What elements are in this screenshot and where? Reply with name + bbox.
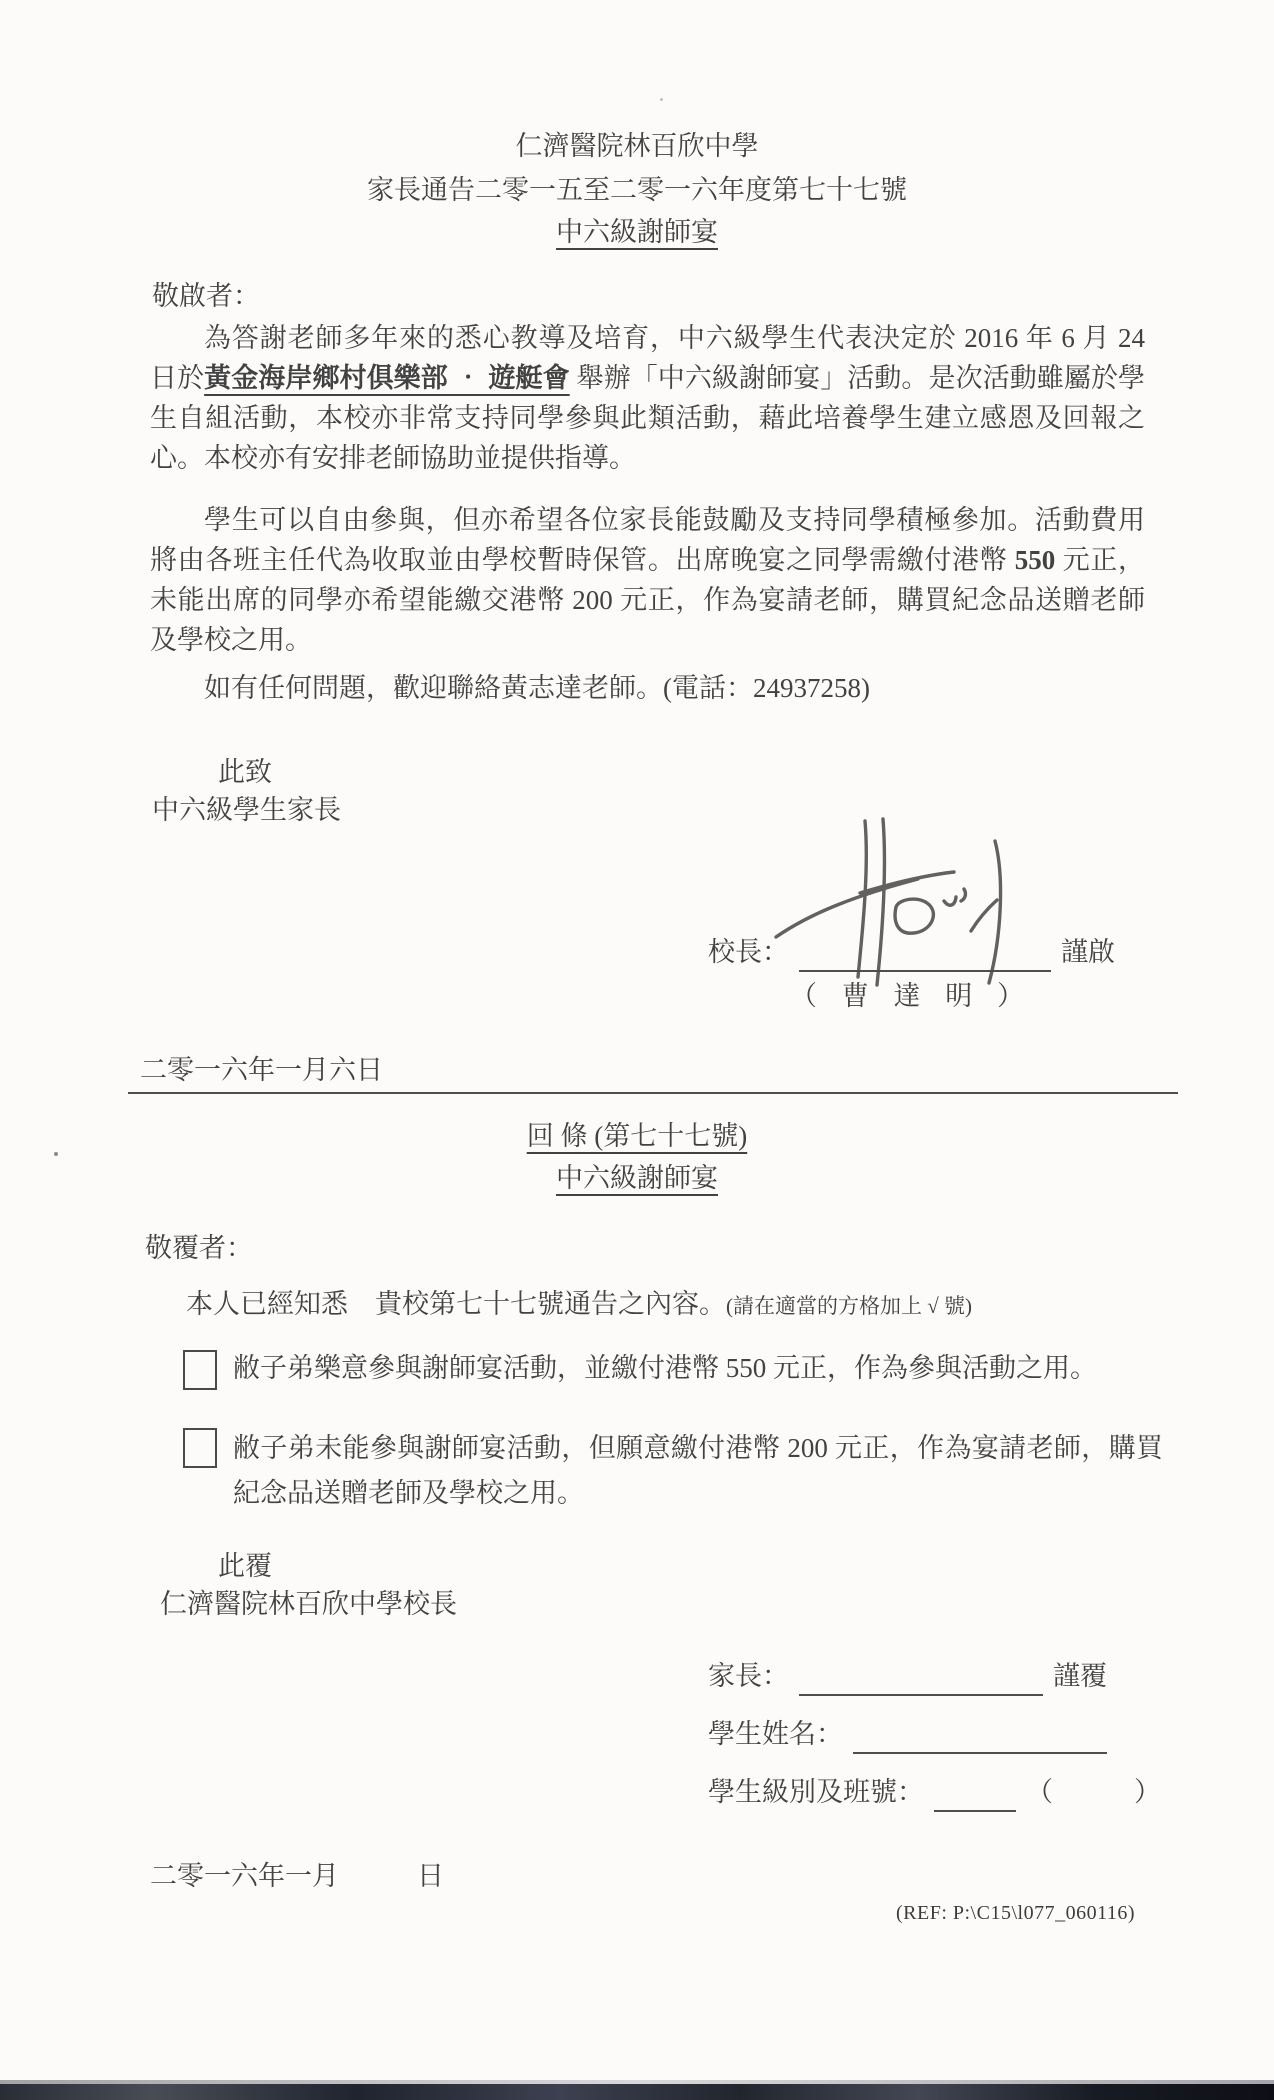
option2-text: 敝子弟未能參與謝師宴活動，但願意繳付港幣 200 元正，作為宴請老師，購買紀念品… xyxy=(233,1426,1163,1516)
student-name-line xyxy=(853,1720,1107,1754)
reply-subtitle-text: 中六級謝師宴 xyxy=(556,1163,718,1193)
principal-signature-handwriting xyxy=(768,815,1023,990)
student-class-label: 學生級別及班號： xyxy=(708,1772,924,1812)
reply-acknowledgement: 本人已經知悉 貴校第七十七號通告之內容。(請在適當的方格加上 √ 號) xyxy=(186,1284,972,1326)
para1-venue: 黃金海岸鄉村俱樂部 ‧ 遊艇會 xyxy=(204,363,570,393)
student-name-row: 學生姓名： xyxy=(708,1714,1107,1754)
ack-note-text: (請在適當的方格加上 √ 號) xyxy=(726,1294,972,1318)
para2-text-1: 學生可以自由參與，但亦希望各位家長能鼓勵及支持同學積極參加。活動費用將由各班主任… xyxy=(150,505,1145,575)
scanned-notice-page: 仁濟醫院林百欣中學 家長通告二零一五至二零一六年度第七十七號 中六級謝師宴 敬啟… xyxy=(0,0,1274,2100)
reply-option-2: 敝子弟未能參與謝師宴活動，但願意繳付港幣 200 元正，作為宴請老師，購買紀念品… xyxy=(183,1426,1163,1516)
notice-paragraph-2: 學生可以自由參與，但亦希望各位家長能鼓勵及支持同學積極參加。活動費用將由各班主任… xyxy=(150,500,1145,660)
parent-suffix: 謹覆 xyxy=(1053,1656,1107,1696)
school-name: 仁濟醫院林百欣中學 xyxy=(137,126,1137,166)
reply-closing: 此覆 xyxy=(218,1546,272,1586)
reply-salutation: 敬覆者： xyxy=(145,1228,253,1268)
notice-salutation: 敬啟者： xyxy=(152,276,260,316)
option2-checkbox xyxy=(183,1428,217,1468)
scanner-edge-band xyxy=(0,2084,1274,2100)
parent-signature-row: 家長： 謹覆 xyxy=(708,1656,1107,1696)
notice-title: 中六級謝師宴 xyxy=(137,212,1137,252)
reply-option-1: 敝子弟樂意參與謝師宴活動，並繳付港幣 550 元正，作為參與活動之用。 xyxy=(183,1348,1163,1390)
notice-date: 二零一六年一月六日 xyxy=(140,1050,383,1090)
reply-subtitle: 中六級謝師宴 xyxy=(137,1158,1137,1198)
circular-number-line: 家長通告二零一五至二零一六年度第七十七號 xyxy=(137,170,1137,210)
option1-text: 敝子弟樂意參與謝師宴活動，並繳付港幣 550 元正，作為參與活動之用。 xyxy=(233,1348,1163,1388)
section-divider xyxy=(128,1092,1178,1094)
reply-date: 二零一六年一月日 xyxy=(150,1856,444,1896)
reply-title: 回 條 (第七十七號) xyxy=(137,1116,1137,1156)
parent-signature-line xyxy=(799,1662,1043,1696)
parent-label: 家長： xyxy=(708,1656,789,1696)
principal-suffix: 謹啟 xyxy=(1061,932,1115,972)
reply-date-suffix: 日 xyxy=(417,1861,444,1891)
notice-recipient: 中六級學生家長 xyxy=(152,790,341,830)
ack-main-text: 本人已經知悉 貴校第七十七號通告之內容。 xyxy=(186,1289,726,1319)
student-class-line xyxy=(934,1778,1016,1812)
reply-recipient: 仁濟醫院林百欣中學校長 xyxy=(160,1584,457,1624)
reply-title-text: 回 條 (第七十七號) xyxy=(527,1121,747,1151)
para2-fee: 550 xyxy=(1015,545,1056,575)
notice-closing: 此致 xyxy=(218,752,272,792)
student-class-row: 學生級別及班號： （ ） xyxy=(708,1772,1161,1812)
scan-speck-2 xyxy=(660,98,663,101)
student-class-parens: （ ） xyxy=(1026,1772,1161,1812)
file-reference: (REF: P:\C15\l077_060116) xyxy=(135,1902,1135,1925)
notice-title-text: 中六級謝師宴 xyxy=(556,217,718,247)
notice-paragraph-1: 為答謝老師多年來的悉心教導及培育，中六級學生代表決定於 2016 年 6 月 2… xyxy=(150,318,1145,478)
scan-speck-1 xyxy=(54,1152,58,1156)
notice-paragraph-contact: 如有任何問題，歡迎聯絡黃志達老師。(電話：24937258) xyxy=(150,668,1145,708)
option1-checkbox xyxy=(183,1350,217,1390)
reply-date-prefix: 二零一六年一月 xyxy=(150,1861,339,1891)
student-name-label: 學生姓名： xyxy=(708,1714,843,1754)
